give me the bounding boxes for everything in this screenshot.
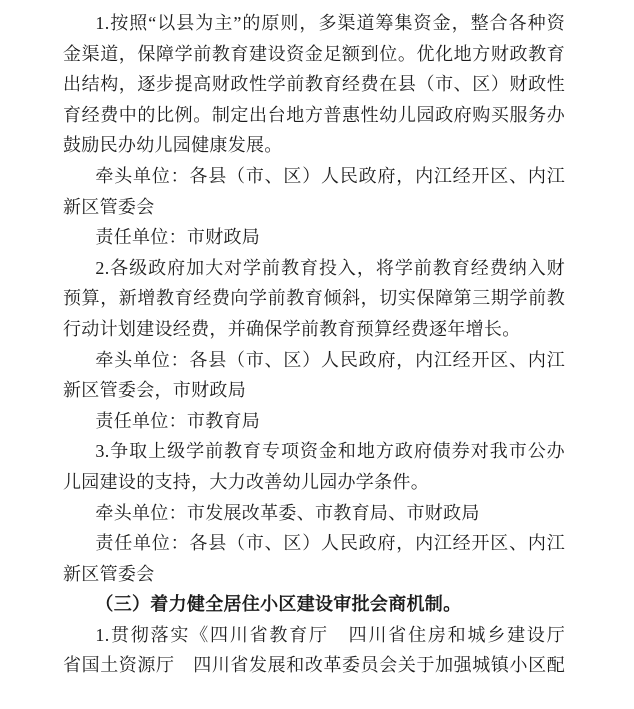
text-line: 3.争取上级学前教育专项资金和地方政府债券对我市公办幼 xyxy=(63,436,565,467)
section-heading: （三）着力健全居住小区建设审批会商机制。 xyxy=(63,589,565,620)
paragraph: 责任单位：各县（市、区）人民政府，内江经开区、内江高新区管委会 xyxy=(63,528,565,589)
document-page: 1.按照“以县为主”的原则，多渠道筹集资金，整合各种资金渠道，保障学前教育建设资… xyxy=(0,0,634,709)
paragraph: 责任单位：市财政局 xyxy=(63,222,565,253)
text-line: 责任单位：各县（市、区）人民政府，内江经开区、内江高 xyxy=(63,528,565,559)
text-line: 1.贯彻落实《四川省教育厅 四川省住房和城乡建设厅 四川 xyxy=(63,620,565,651)
text-line: 2.各级政府加大对学前教育投入，将学前教育经费纳入财政 xyxy=(63,253,565,284)
text-line: 儿园建设的支持，大力改善幼儿园办学条件。 xyxy=(63,467,565,498)
text-line: 新区管委会 xyxy=(63,192,565,223)
text-line: 牵头单位：各县（市、区）人民政府，内江经开区、内江高 xyxy=(63,161,565,192)
text-line: 鼓励民办幼儿园健康发展。 xyxy=(63,130,565,161)
text-line: 预算，新增教育经费向学前教育倾斜，切实保障第三期学前教育 xyxy=(63,283,565,314)
text-line: 责任单位：市财政局 xyxy=(63,222,565,253)
paragraph: 牵头单位：各县（市、区）人民政府，内江经开区、内江高新区管委会，市财政局 xyxy=(63,345,565,406)
text-line: 责任单位：市教育局 xyxy=(63,406,565,437)
paragraph: 1.按照“以县为主”的原则，多渠道筹集资金，整合各种资金渠道，保障学前教育建设资… xyxy=(63,8,565,161)
paragraph: 牵头单位：市发展改革委、市教育局、市财政局 xyxy=(63,498,565,529)
text-line: 新区管委会 xyxy=(63,559,565,590)
paragraph: 责任单位：市教育局 xyxy=(63,406,565,437)
text-line: 新区管委会，市财政局 xyxy=(63,375,565,406)
text-line: （三）着力健全居住小区建设审批会商机制。 xyxy=(63,589,565,620)
paragraph: 1.贯彻落实《四川省教育厅 四川省住房和城乡建设厅 四川省国土资源厅 四川省发展… xyxy=(63,620,565,681)
text-line: 牵头单位：各县（市、区）人民政府，内江经开区、内江高 xyxy=(63,345,565,376)
text-line: 1.按照“以县为主”的原则，多渠道筹集资金，整合各种资 xyxy=(63,8,565,39)
text-line: 牵头单位：市发展改革委、市教育局、市财政局 xyxy=(63,498,565,529)
text-line: 省国土资源厅 四川省发展和改革委员会关于加强城镇小区配套 xyxy=(63,650,565,681)
text-line: 育经费中的比例。制定出台地方普惠性幼儿园政府购买服务办法， xyxy=(63,100,565,131)
paragraph: 2.各级政府加大对学前教育投入，将学前教育经费纳入财政预算，新增教育经费向学前教… xyxy=(63,253,565,345)
paragraph: 牵头单位：各县（市、区）人民政府，内江经开区、内江高新区管委会 xyxy=(63,161,565,222)
paragraph: 3.争取上级学前教育专项资金和地方政府债券对我市公办幼儿园建设的支持，大力改善幼… xyxy=(63,436,565,497)
text-line: 行动计划建设经费，并确保学前教育预算经费逐年增长。 xyxy=(63,314,565,345)
text-line: 出结构，逐步提高财政性学前教育经费在县（市、区）财政性教 xyxy=(63,69,565,100)
text-line: 金渠道，保障学前教育建设资金足额到位。优化地方财政教育支 xyxy=(63,39,565,70)
